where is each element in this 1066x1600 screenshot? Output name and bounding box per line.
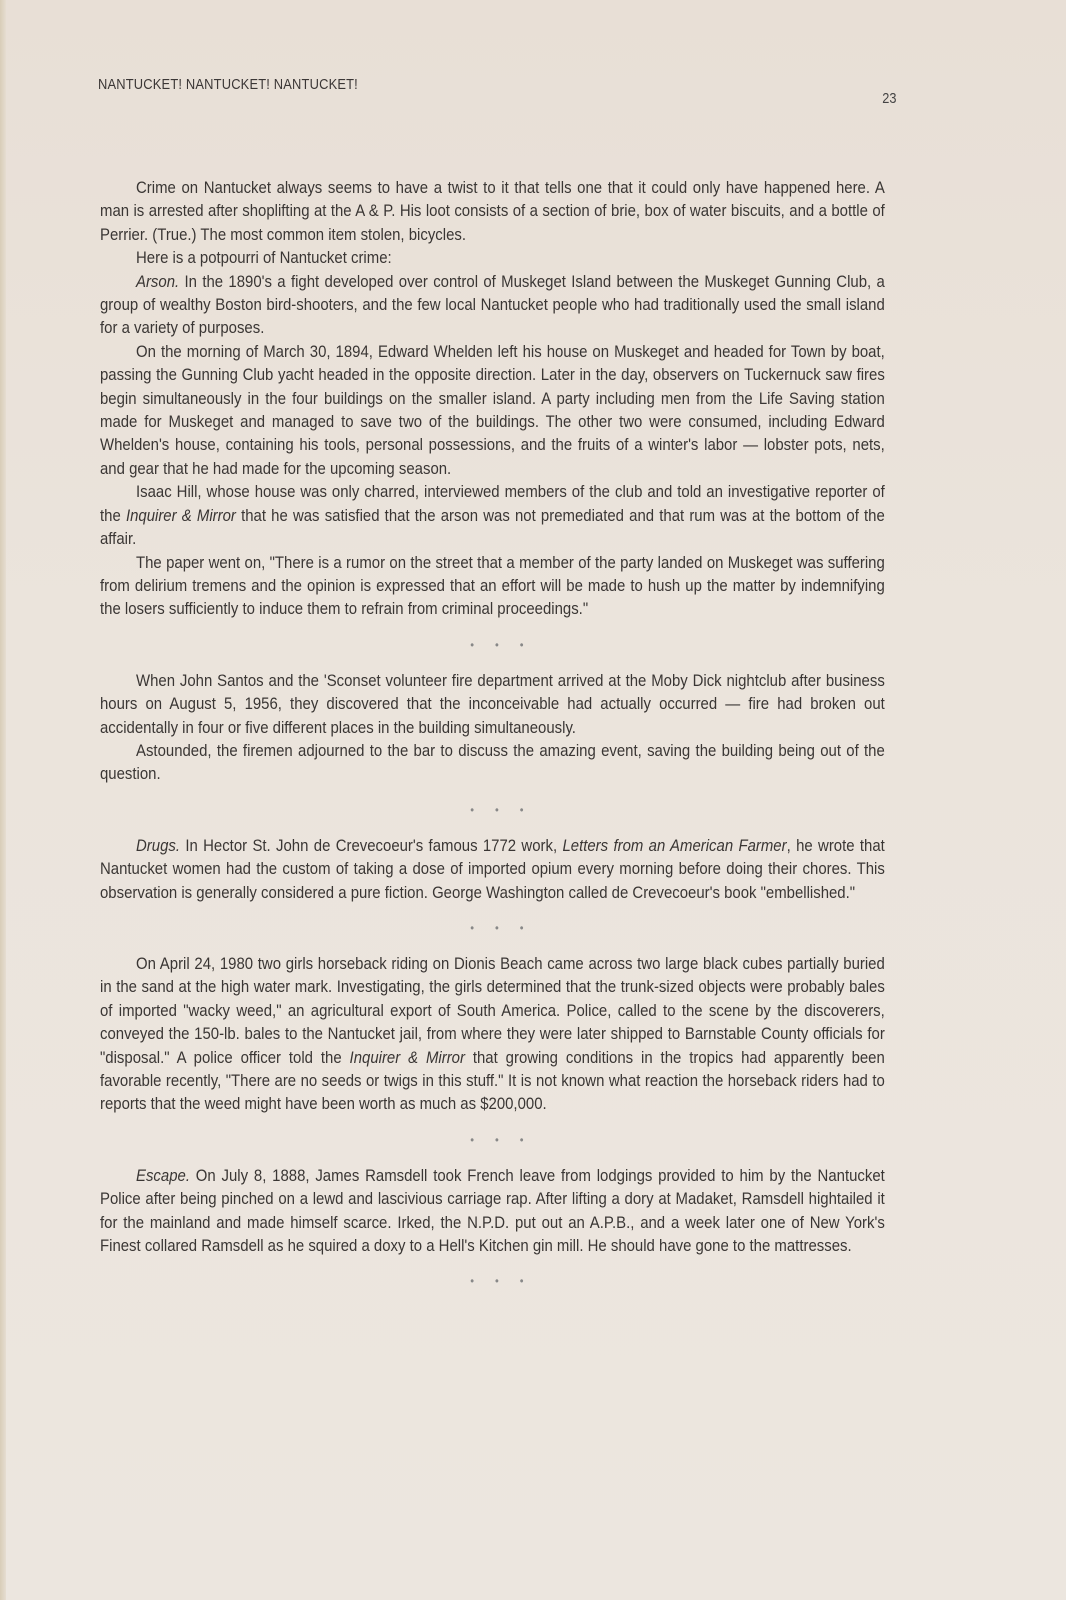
lead-in: Arson. <box>136 272 179 291</box>
paragraph-text: The paper went on, "There is a rumor on … <box>100 553 885 619</box>
paragraph-text: When John Santos and the 'Sconset volunt… <box>100 671 885 737</box>
paragraph-drugs: Drugs. In Hector St. John de Crevecoeur'… <box>100 834 885 904</box>
paragraph-text: On July 8, 1888, James Ramsdell took Fre… <box>100 1166 885 1255</box>
paragraph-text: On the morning of March 30, 1894, Edward… <box>100 342 885 478</box>
paragraph: On April 24, 1980 two girls horseback ri… <box>100 952 885 1116</box>
paragraph: The paper went on, "There is a rumor on … <box>100 551 885 621</box>
lead-in: Drugs. <box>136 836 180 855</box>
paragraph-text: In the 1890's a fight developed over con… <box>100 272 885 338</box>
paragraph-arson: Arson. In the 1890's a fight developed o… <box>100 270 885 340</box>
paragraph: Astounded, the firemen adjourned to the … <box>100 739 885 786</box>
paragraph: Isaac Hill, whose house was only charred… <box>100 480 885 550</box>
paragraph-text: In Hector St. John de Crevecoeur's famou… <box>180 836 562 855</box>
paragraph-text: Astounded, the firemen adjourned to the … <box>100 741 885 783</box>
paragraph: Crime on Nantucket always seems to have … <box>100 176 885 246</box>
running-head: NANTUCKET! NANTUCKET! NANTUCKET! <box>98 76 358 93</box>
paragraph: When John Santos and the 'Sconset volunt… <box>100 669 885 739</box>
book-title: Letters from an American Farmer <box>562 836 786 855</box>
section-separator: • • • <box>100 1130 885 1150</box>
body-text: Crime on Nantucket always seems to have … <box>100 176 885 1305</box>
paragraph-text: Here is a potpourri of Nantucket crime: <box>136 248 392 267</box>
section-separator: • • • <box>100 800 885 820</box>
lead-in: Escape. <box>136 1166 190 1185</box>
publication-title: Inquirer & Mirror <box>126 506 236 525</box>
paragraph-escape: Escape. On July 8, 1888, James Ramsdell … <box>100 1164 885 1258</box>
paragraph-text: Crime on Nantucket always seems to have … <box>100 178 885 244</box>
section-separator: • • • <box>100 1271 885 1291</box>
section-separator: • • • <box>100 918 885 938</box>
paragraph: Here is a potpourri of Nantucket crime: <box>100 246 885 269</box>
section-separator: • • • <box>100 635 885 655</box>
page-number: 23 <box>882 90 896 107</box>
page-edge <box>0 0 6 1600</box>
paragraph: On the morning of March 30, 1894, Edward… <box>100 340 885 480</box>
publication-title: Inquirer & Mirror <box>350 1048 465 1067</box>
